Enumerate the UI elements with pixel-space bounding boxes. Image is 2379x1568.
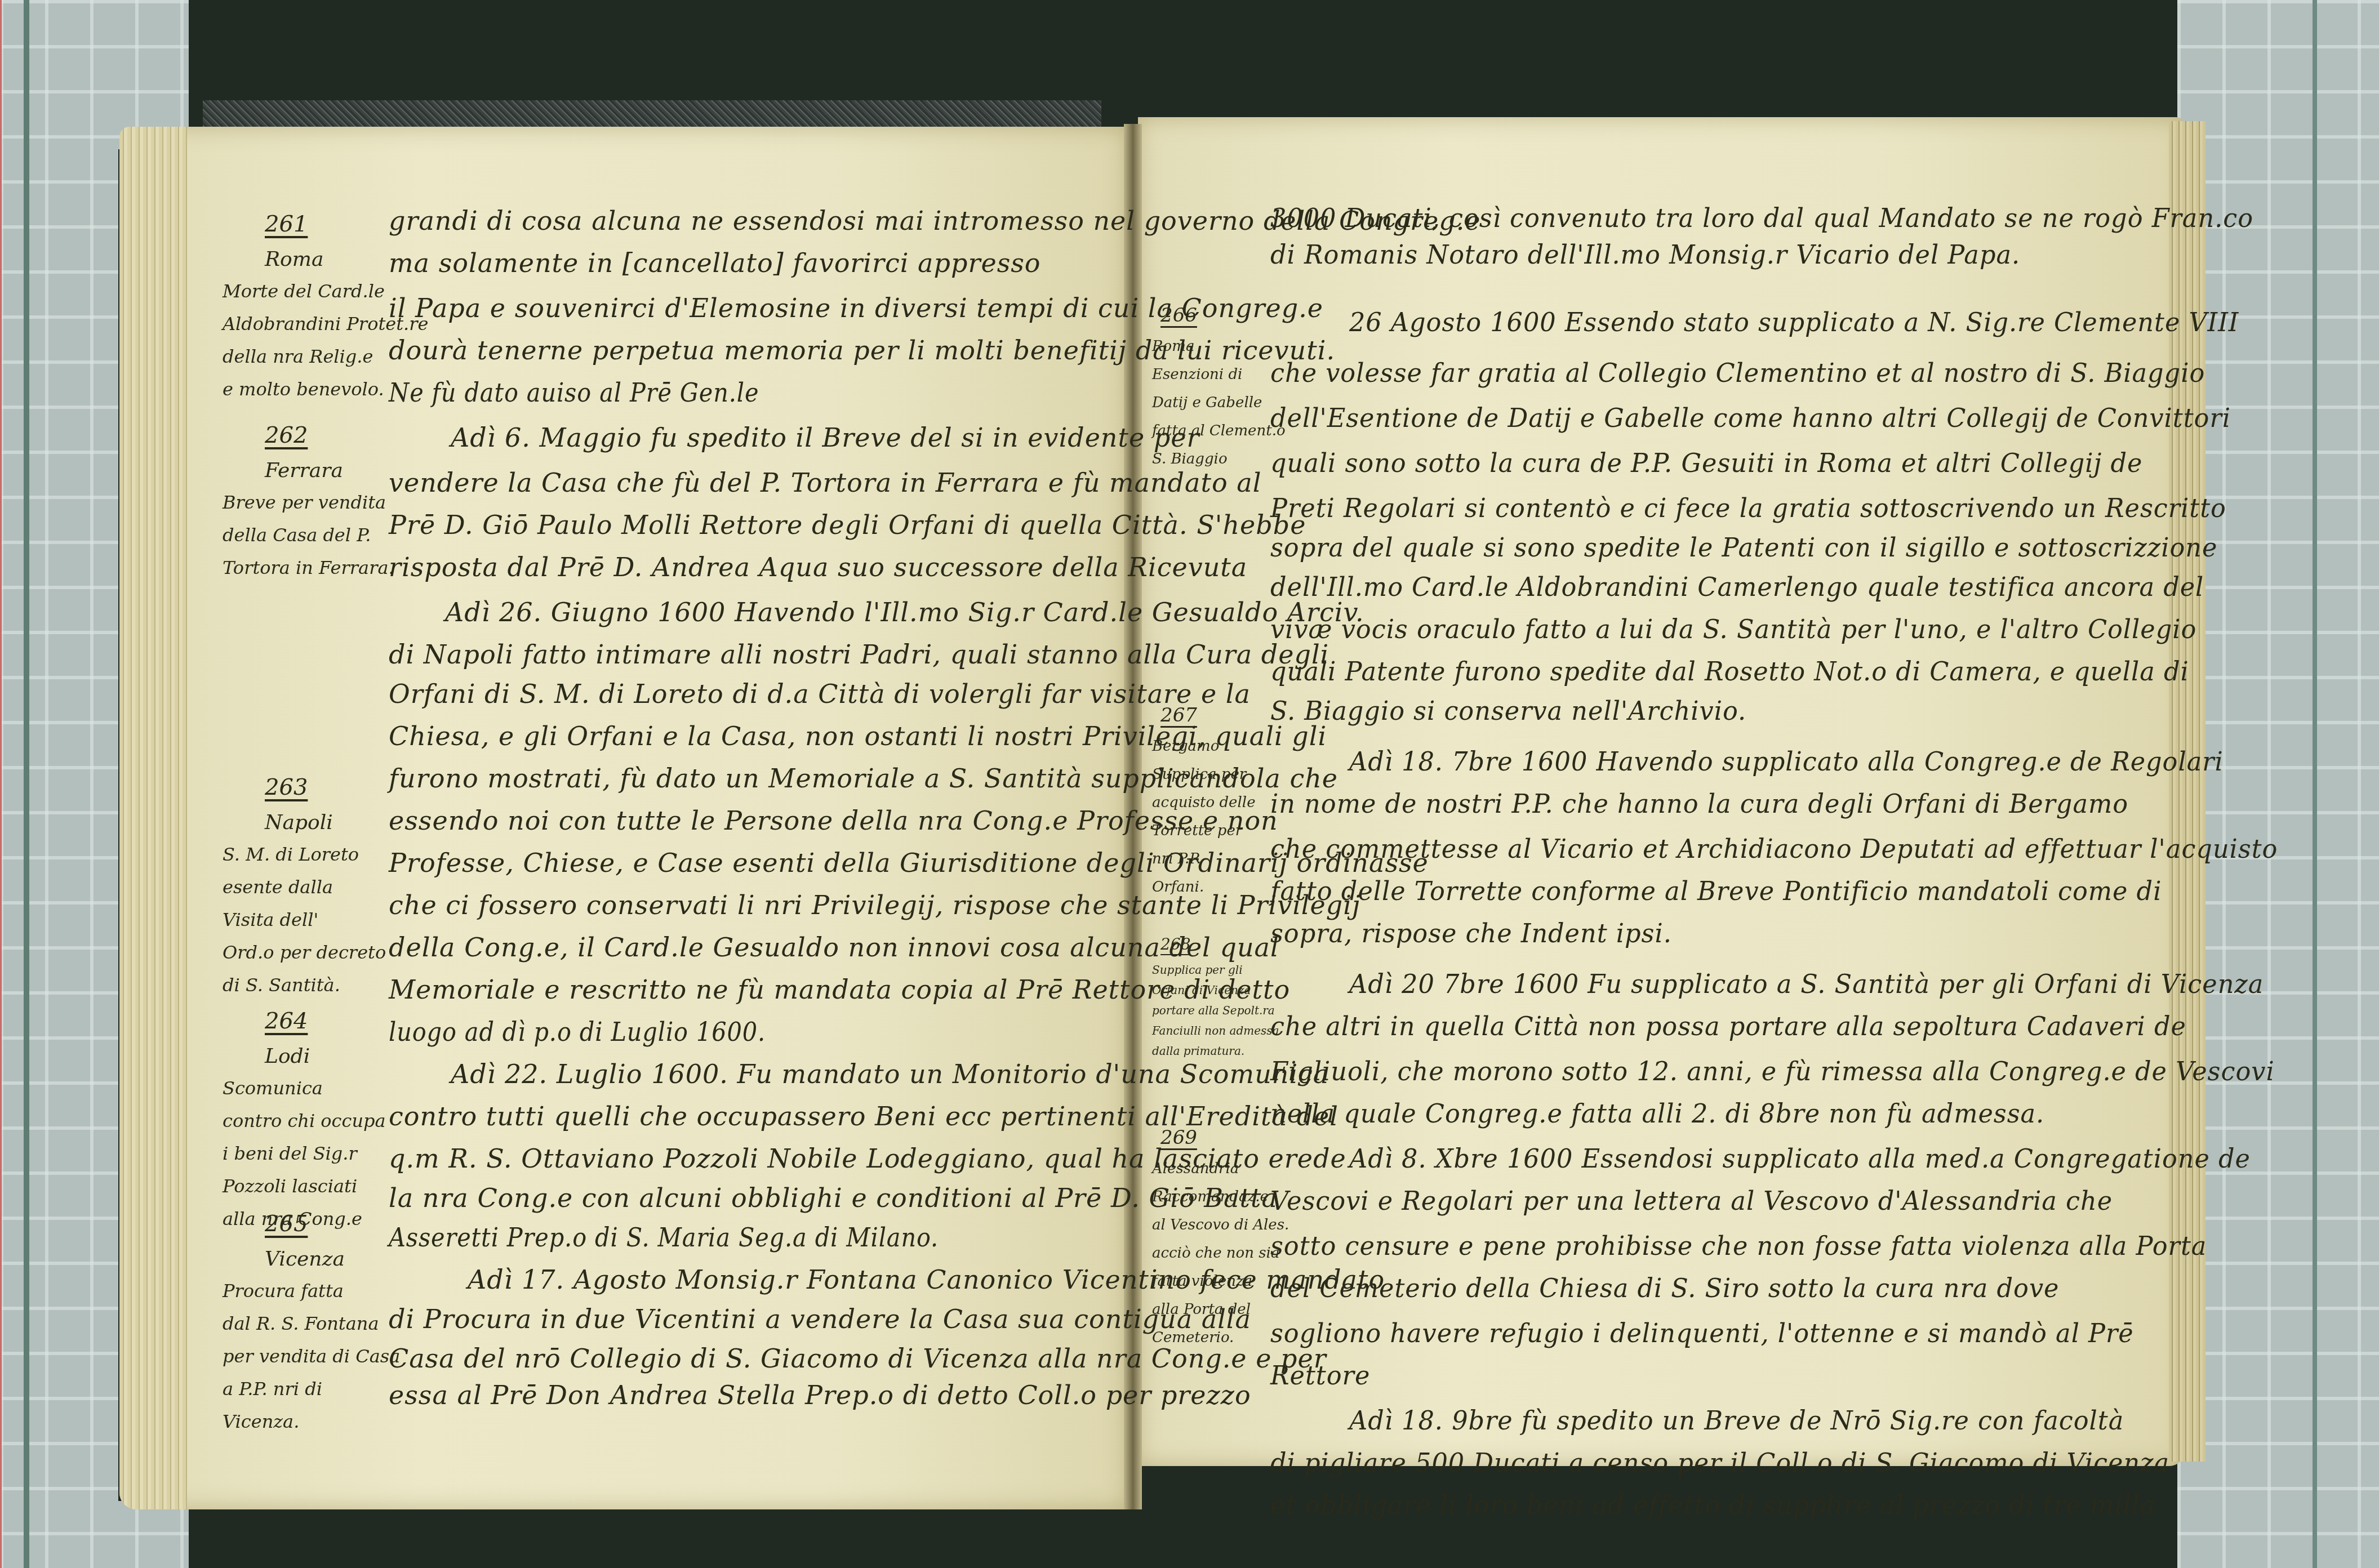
manuscript-line: Chiesa, e gli Orfani e la Casa, non osta… xyxy=(389,721,1121,751)
manuscript-line: di pigliare 500 Ducati a censo per il Co… xyxy=(1270,1447,2169,1478)
margin-note-line: Ord.o per decreto xyxy=(223,942,386,963)
manuscript-line: contro tutti quelli che occupassero Beni… xyxy=(389,1101,1121,1132)
manuscript-line: Prē D. Giō Paulo Molli Rettore degli Orf… xyxy=(389,510,1121,540)
manuscript-line: Preti Regolari si contentò e ci fece la … xyxy=(1270,493,2226,523)
manuscript-line: furono mostrati, fù dato un Memoriale a … xyxy=(389,763,1121,794)
margin-note-line: Orfani di Vicenza xyxy=(1152,983,1251,997)
manuscript-line: di Romanis Notaro dell'Ill.mo Monsig.r V… xyxy=(1270,239,2020,270)
manuscript-line: S. Biaggio si conserva nell'Archivio. xyxy=(1270,696,1746,726)
manuscript-line: fatto delle Torrette conforme al Breve P… xyxy=(1270,876,2162,906)
manuscript-line: Rettore xyxy=(1270,1360,1370,1391)
manuscript-line: sopra, rispose che Indent ipsi. xyxy=(1270,918,1672,948)
manuscript-line: luogo ad dì p.o di Luglio 1600. xyxy=(389,1017,766,1047)
manuscript-line: essa al Prē Don Andrea Stella Prep.o di … xyxy=(389,1380,1121,1410)
manuscript-line: dell'Esentione de Datij e Gabelle come h… xyxy=(1270,403,2231,433)
margin-note-line: Tortora in Ferrara. xyxy=(223,557,394,578)
manuscript-line: della Cong.e, il Card.le Gesualdo non in… xyxy=(389,932,1121,963)
margin-note-line: Procura fatta xyxy=(223,1280,344,1302)
manuscript-line: che altri in quella Città non possa port… xyxy=(1270,1011,2186,1041)
margin-note-line: dalla primatura. xyxy=(1152,1044,1244,1058)
manuscript-line: Ne fù dato auiso al Prē Gen.le xyxy=(389,377,759,408)
entry-number: 262 xyxy=(265,422,308,448)
manuscript-line: che commettesse al Vicario et Archidiaco… xyxy=(1270,834,2278,864)
margin-note-line: esente dalla xyxy=(223,876,333,898)
manuscript-line: Adì 22. Luglio 1600. Fu mandato un Monit… xyxy=(451,1059,1183,1089)
manuscript-line: Casa del nrō Collegio di S. Giacomo di V… xyxy=(389,1343,1121,1374)
margin-note-line: acciò che non sia xyxy=(1152,1245,1279,1262)
entry-number: 268 xyxy=(1160,935,1190,954)
background-grid-right xyxy=(2177,0,2379,1568)
margin-note-line: acquisto delle xyxy=(1152,794,1256,811)
margin-note-line: nri P.P. xyxy=(1152,850,1201,867)
margin-note-line: contro chi occupa xyxy=(223,1110,386,1132)
margin-note-line: Raccomandaz.e xyxy=(1152,1188,1269,1205)
margin-note-line: Roma xyxy=(1152,338,1194,355)
margin-note-line: Supplica per gli xyxy=(1152,963,1243,977)
margin-note-line: Lodi xyxy=(265,1045,310,1068)
manuscript-line: Asseretti Prep.o di S. Maria Seg.a di Mi… xyxy=(389,1222,939,1253)
margin-note-line: alla Porta del xyxy=(1152,1301,1251,1318)
margin-note-line: fatta al Clement.o xyxy=(1152,422,1286,439)
margin-note-line: Napoli xyxy=(265,811,333,834)
manuscript-line: Adì 26. Giugno 1600 Havendo l'Ill.mo Sig… xyxy=(445,597,1177,627)
margin-note-line: Morte del Card.le xyxy=(223,280,385,302)
manuscript-line: la nra Cong.e con alcuni obblighi e cond… xyxy=(389,1183,1121,1213)
manuscript-line: Adì 18. 9bre fù spedito un Breve de Nrō … xyxy=(1349,1405,2124,1436)
margin-note-line: Fanciulli non admessa xyxy=(1152,1024,1279,1037)
manuscript-line: Adì 17. Agosto Monsig.r Fontana Canonico… xyxy=(468,1264,1200,1295)
manuscript-line: Adì 18. 7bre 1600 Havendo supplicato all… xyxy=(1349,746,2224,777)
manuscript-line: Adì 20 7bre 1600 Fu supplicato a S. Sant… xyxy=(1349,969,2264,999)
manuscript-line: et obbligare li loro beni ad effetto di … xyxy=(1270,1490,2156,1520)
manuscript-line: che volesse far gratia al Collegio Cleme… xyxy=(1270,358,2205,388)
margin-note-line: Supplica per xyxy=(1152,766,1246,783)
manuscript-line: ma solamente in [cancellato] favorirci a… xyxy=(389,248,1041,278)
manuscript-line: di Napoli fatto intimare alli nostri Pad… xyxy=(389,639,1121,670)
margin-note-line: Datij e Gabelle xyxy=(1152,394,1262,411)
margin-note-line: portare alla Sepolt.ra xyxy=(1152,1004,1275,1017)
glass-plate-edge-left xyxy=(24,0,29,1568)
margin-note-line: Esenzioni di xyxy=(1152,366,1242,383)
manuscript-line: Adì 8. Xbre 1600 Essendosi supplicato al… xyxy=(1349,1143,2251,1174)
manuscript-line: nella quale Congreg.e fatta alli 2. di 8… xyxy=(1270,1098,2044,1129)
scan-edge-left xyxy=(0,0,2,1568)
manuscript-line: che ci fossero conservati li nri Privile… xyxy=(389,890,1121,920)
manuscript-line: Vescovi e Regolari per una lettera al Ve… xyxy=(1270,1186,2113,1216)
manuscript-line: 26 Agosto 1600 Essendo stato supplicato … xyxy=(1349,307,2239,337)
glass-plate-edge-right xyxy=(2313,0,2317,1568)
manuscript-line: grandi di cosa alcuna ne essendosi mai i… xyxy=(389,206,1121,236)
manuscript-line: sogliono havere refugio i delinquenti, l… xyxy=(1270,1318,2134,1348)
margin-note-line: Cemeterio. xyxy=(1152,1329,1234,1346)
manuscript-line: in nome de nostri P.P. che hanno la cura… xyxy=(1270,789,2128,819)
manuscript-line: Adì 6. Maggio fu spedito il Breve del si… xyxy=(451,422,1183,453)
margin-note-line: della nra Relig.e xyxy=(223,346,373,367)
margin-note-line: dal R. S. Fontana xyxy=(223,1313,379,1334)
entry-number: 266 xyxy=(1160,304,1197,327)
margin-note-line: Vicenza. xyxy=(223,1411,299,1432)
manuscript-line: vendere la Casa che fù del P. Tortora in… xyxy=(389,467,1121,498)
margin-note-line: Vicenza xyxy=(265,1248,345,1271)
entry-number: 264 xyxy=(265,1008,308,1034)
manuscript-line: Figliuoli, che morono sotto 12. anni, e … xyxy=(1270,1056,2275,1086)
manuscript-line: quali sono sotto la cura de P.P. Gesuiti… xyxy=(1270,448,2142,478)
margin-note-line: di S. Santità. xyxy=(223,974,340,996)
margin-note-line: S. M. di Loreto xyxy=(223,844,359,865)
manuscript-line: q.m R. S. Ottaviano Pozzoli Nobile Lodeg… xyxy=(389,1143,1121,1174)
manuscript-line: quali Patente furono spedite dal Rosetto… xyxy=(1270,656,2189,687)
margin-note-line: Roma xyxy=(265,248,323,271)
manuscript-line: di Procura in due Vicentini a vendere la… xyxy=(389,1304,1121,1334)
left-page-edges xyxy=(119,127,187,1509)
manuscript-line: il Papa e souvenirci d'Elemosine in dive… xyxy=(389,293,1121,323)
manuscript-line: Orfani di S. M. di Loreto di d.a Città d… xyxy=(389,679,1121,709)
margin-note-line: Orfani. xyxy=(1152,879,1204,896)
margin-note-line: a P.P. nri di xyxy=(223,1378,322,1400)
manuscript-line: essendo noi con tutte le Persone della n… xyxy=(389,805,1121,836)
entry-number: 265 xyxy=(265,1211,308,1237)
manuscript-line: dell'Ill.mo Card.le Aldobrandini Camerle… xyxy=(1270,572,2204,602)
margin-note-line: Visita dell' xyxy=(223,909,318,930)
entry-number: 263 xyxy=(265,774,308,800)
margin-note-line: Bergamo xyxy=(1152,738,1219,755)
manuscript-line: Memoriale e rescritto ne fù mandata copi… xyxy=(389,974,1121,1005)
margin-note-line: al Vescovo di Ales. xyxy=(1152,1217,1289,1233)
margin-note-line: della Casa del P. xyxy=(223,524,371,546)
margin-note-line: Scomunica xyxy=(223,1077,323,1099)
manuscript-line: dourà tenerne perpetua memoria per li mo… xyxy=(389,335,1121,366)
margin-note-line: i beni del Sig.r xyxy=(223,1143,357,1164)
entry-number: 267 xyxy=(1160,704,1197,727)
margin-note-line: Ferrara xyxy=(265,459,343,482)
entry-number: 261 xyxy=(265,211,308,237)
manuscript-line: del Cemeterio della Chiesa di S. Siro so… xyxy=(1270,1273,2059,1303)
entry-number: 269 xyxy=(1160,1126,1197,1149)
manuscript-line: sotto censure e pene prohibisse che non … xyxy=(1270,1231,2207,1261)
margin-note-line: S. Biaggio xyxy=(1152,451,1228,467)
margin-note-line: Torrette per xyxy=(1152,822,1242,839)
manuscript-line: Professe, Chiese, e Case esenti della Gi… xyxy=(389,848,1121,878)
margin-note-line: Pozzoli lasciati xyxy=(223,1175,357,1197)
margin-note-line: e molto benevolo. xyxy=(223,378,384,400)
manuscript-line: sopra del quale si sono spedite le Paten… xyxy=(1270,532,2217,563)
manuscript-line: 3000 Ducati, così convenuto tra loro dal… xyxy=(1270,203,2253,233)
manuscript-line: vivæ vocis oraculo fatto a lui da S. San… xyxy=(1270,614,2196,644)
margin-note-line: fatta violenza xyxy=(1152,1273,1252,1290)
margin-note-line: per vendita di Casa xyxy=(223,1346,400,1367)
margin-note-line: Alessandria xyxy=(1152,1160,1239,1177)
manuscript-line: risposta dal Prē D. Andrea Aqua suo succ… xyxy=(389,552,1121,582)
margin-note-line: Breve per vendita xyxy=(223,492,386,513)
